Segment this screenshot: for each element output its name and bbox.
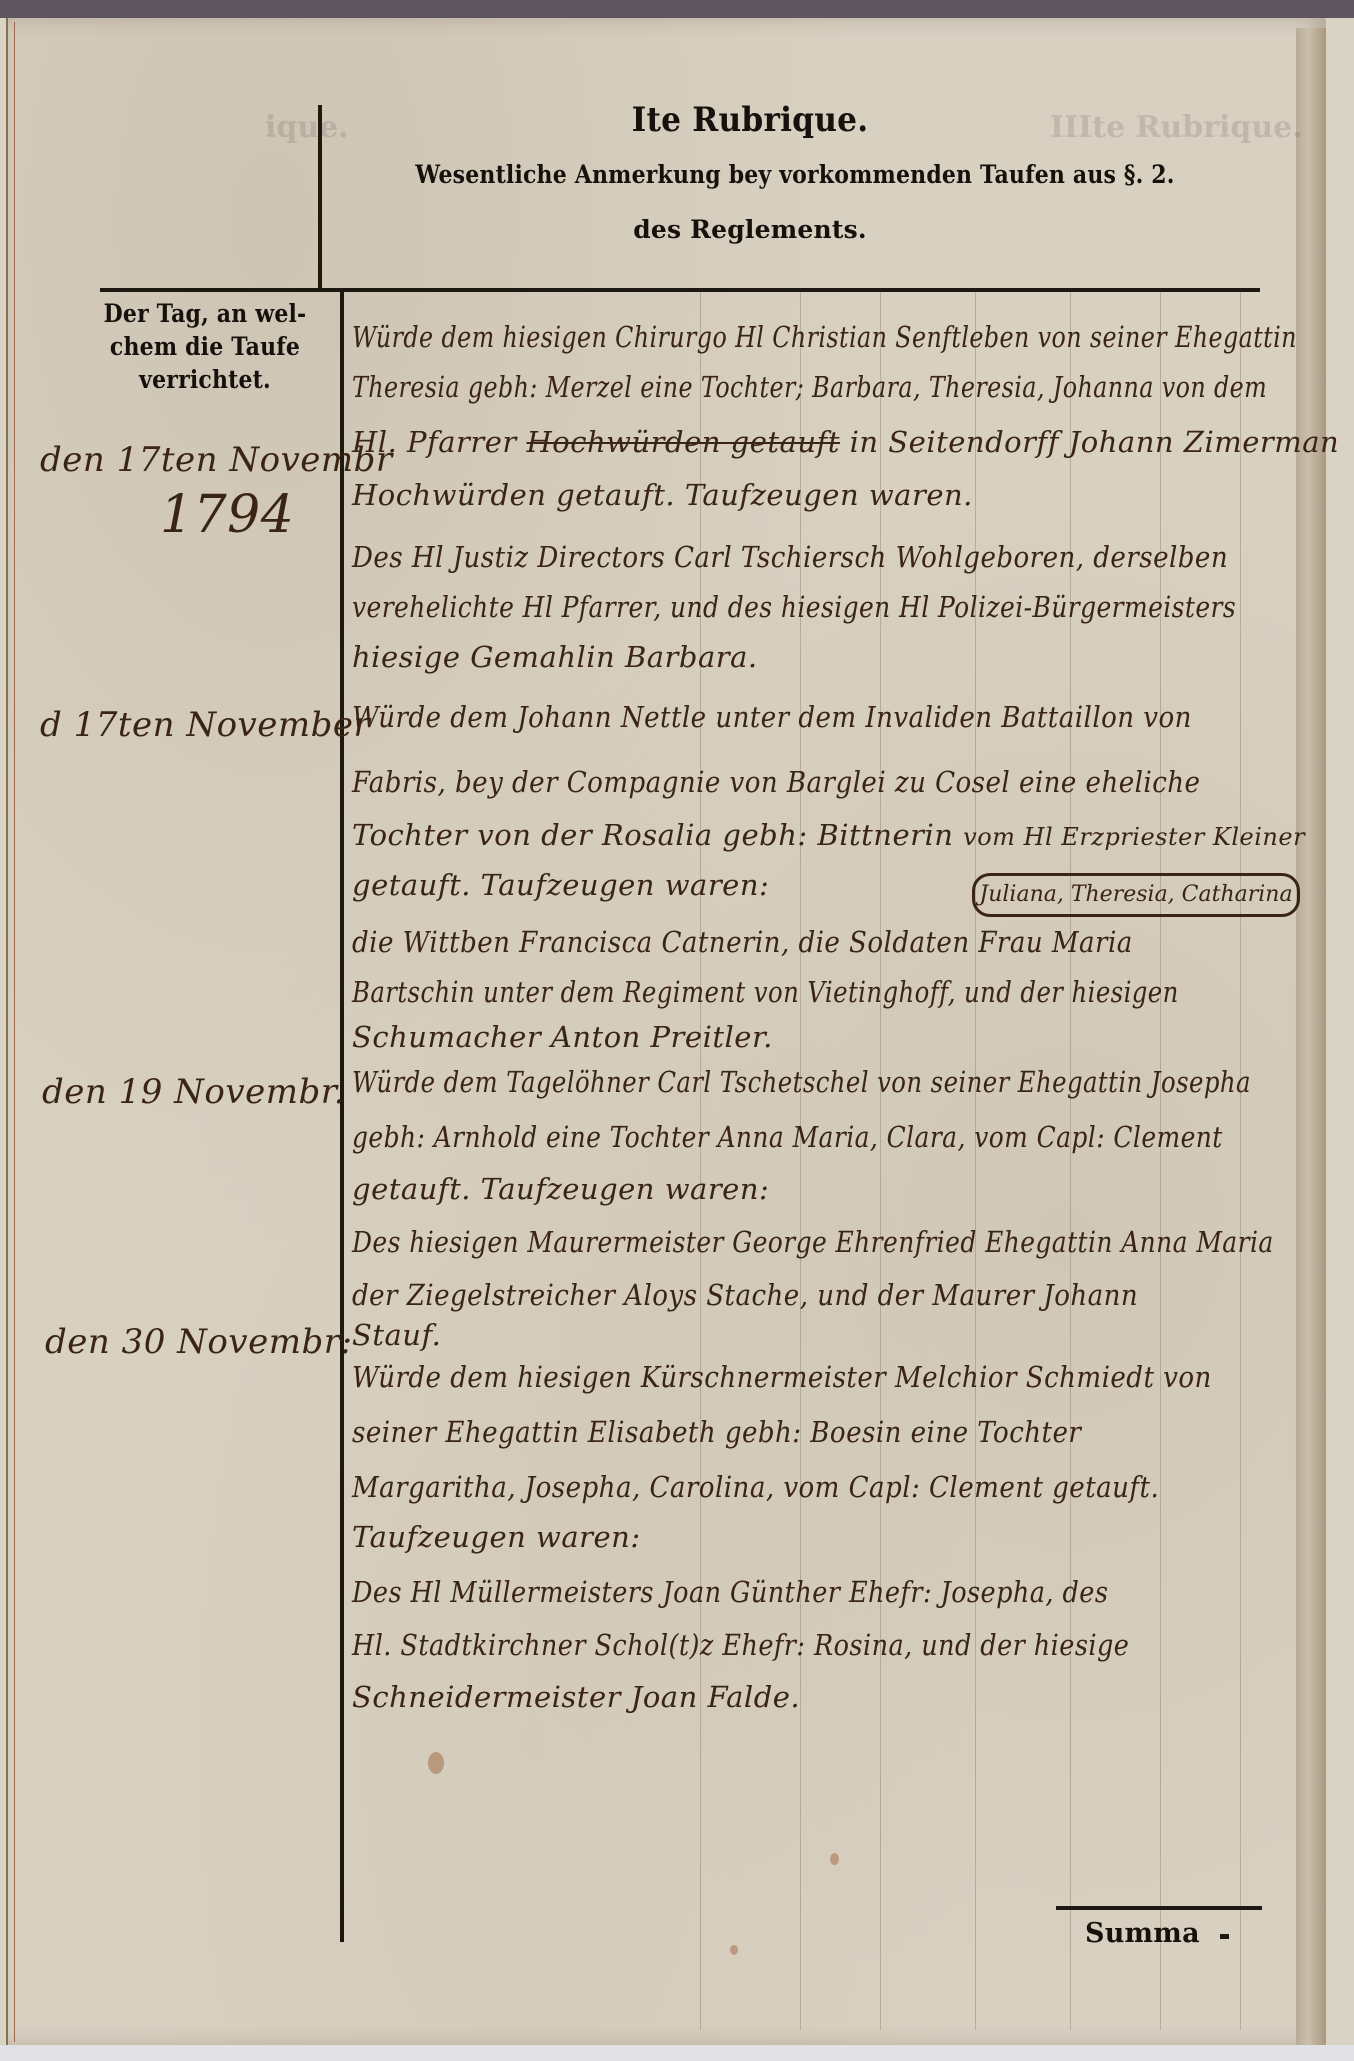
circled-annotation: Juliana, Theresia, Catharina bbox=[972, 873, 1300, 917]
entry-text-line: Würde dem Johann Nettle unter dem Invali… bbox=[352, 700, 1192, 734]
entry-text-line: Bartschin unter dem Regiment von Vieting… bbox=[352, 975, 1179, 1009]
page-subtitle-continued: des Reglements. bbox=[560, 215, 940, 244]
page-subtitle: Wesentliche Anmerkung bey vorkommenden T… bbox=[386, 160, 1204, 189]
scanned-page: ique. IIIte Rubrique. Ite Rubrique. Wese… bbox=[0, 0, 1354, 2061]
entry-date: den 30 Novembr: bbox=[45, 1322, 352, 1362]
paper-stain bbox=[730, 1945, 738, 1955]
entry-text-line: Schneidermeister Joan Falde. bbox=[352, 1680, 800, 1714]
entry-text-line: getauft. Taufzeugen waren: bbox=[352, 868, 769, 902]
entry-text-fragment: Tochter von der Rosalia gebh: Bittnerin bbox=[352, 818, 953, 852]
entry-text-line: Margaritha, Josepha, Carolina, vom Capl:… bbox=[352, 1470, 1159, 1504]
date-header-line: chem die Taufe bbox=[95, 330, 315, 363]
book-page-edge bbox=[1296, 28, 1326, 2061]
entry-text-line: Des Hl Justiz Directors Carl Tschiersch … bbox=[352, 540, 1228, 574]
entry-text-line: verehelichte Hl Pfarrer, und des hiesige… bbox=[352, 590, 1236, 624]
header-bottom-rule bbox=[100, 288, 1260, 292]
bleed-through-text: ique. bbox=[265, 110, 349, 145]
date-column-divider bbox=[340, 292, 344, 1942]
entry-date: den 17ten Novembr bbox=[40, 440, 393, 480]
entry-year: 1794 bbox=[160, 485, 294, 545]
paper-stain bbox=[830, 1853, 839, 1865]
summa-label: Summa bbox=[1085, 1918, 1225, 1949]
summa-rule bbox=[1056, 1906, 1262, 1910]
date-column-header: Der Tag, an wel- chem die Taufe verricht… bbox=[95, 297, 315, 396]
header-divider-line bbox=[318, 105, 322, 290]
entry-text-line: gebh: Arnhold eine Tochter Anna Maria, C… bbox=[352, 1120, 1223, 1154]
entry-text-line: die Wittben Francisca Catnerin, die Sold… bbox=[352, 925, 1133, 959]
entry-date: den 19 Novembr. bbox=[42, 1072, 345, 1112]
entry-text-line: Taufzeugen waren: bbox=[352, 1520, 641, 1554]
entry-text-line: Des hiesigen Maurermeister George Ehrenf… bbox=[352, 1225, 1274, 1259]
left-margin-rule bbox=[14, 22, 15, 2042]
entry-text-line: Stauf. bbox=[352, 1318, 441, 1352]
entry-text-fragment: in Seitendorff Johann Zimerman bbox=[850, 425, 1340, 459]
entry-text-line: Des Hl Müllermeisters Joan Günther Ehefr… bbox=[352, 1575, 1108, 1609]
entry-text-line: Würde dem hiesigen Kürschnermeister Melc… bbox=[352, 1360, 1212, 1394]
scanner-top-border bbox=[0, 0, 1354, 18]
scanner-bottom-border bbox=[0, 2045, 1354, 2061]
entry-text-line: Würde dem Tagelöhner Carl Tschetschel vo… bbox=[352, 1065, 1251, 1099]
inserted-text: vom Hl Erzpriester Kleiner bbox=[963, 823, 1305, 851]
summa-value-mark bbox=[1220, 1934, 1229, 1939]
entry-text-line: Fabris, bey der Compagnie von Barglei zu… bbox=[352, 765, 1200, 799]
date-header-line: Der Tag, an wel- bbox=[95, 297, 315, 330]
entry-text-line: Theresia gebh: Merzel eine Tochter; Barb… bbox=[352, 370, 1267, 404]
entry-text-line: Hl. Stadtkirchner Schol(t)z Ehefr: Rosin… bbox=[352, 1628, 1129, 1662]
entry-text-line: seiner Ehegattin Elisabeth gebh: Boesin … bbox=[352, 1415, 1081, 1449]
entry-text-line: hiesige Gemahlin Barbara. bbox=[352, 640, 758, 674]
entry-text-line: Hochwürden getauft. Taufzeugen waren. bbox=[352, 478, 973, 512]
struck-through-text: Hochwürden getauft bbox=[527, 425, 840, 459]
entry-text-line: getauft. Taufzeugen waren: bbox=[352, 1172, 769, 1206]
ruled-column-line bbox=[1240, 290, 1241, 2030]
paper-stain bbox=[428, 1752, 444, 1774]
entry-text-line: der Ziegelstreicher Aloys Stache, und de… bbox=[352, 1278, 1138, 1312]
page-title: Ite Rubrique. bbox=[575, 100, 925, 140]
entry-date: d 17ten November bbox=[40, 705, 370, 745]
entry-text-line: Hl. Pfarrer Hochwürden getauft in Seiten… bbox=[352, 425, 1339, 459]
bleed-through-text: IIIte Rubrique. bbox=[1050, 110, 1303, 145]
entry-text-fragment: Hl. Pfarrer bbox=[352, 425, 517, 459]
entry-text-line: Würde dem hiesigen Chirurgo Hl Christian… bbox=[352, 320, 1297, 354]
entry-text-line: Schumacher Anton Preitler. bbox=[352, 1020, 773, 1054]
entry-text-line: Tochter von der Rosalia gebh: Bittnerin … bbox=[352, 818, 1305, 852]
date-header-line: verrichtet. bbox=[95, 363, 315, 396]
